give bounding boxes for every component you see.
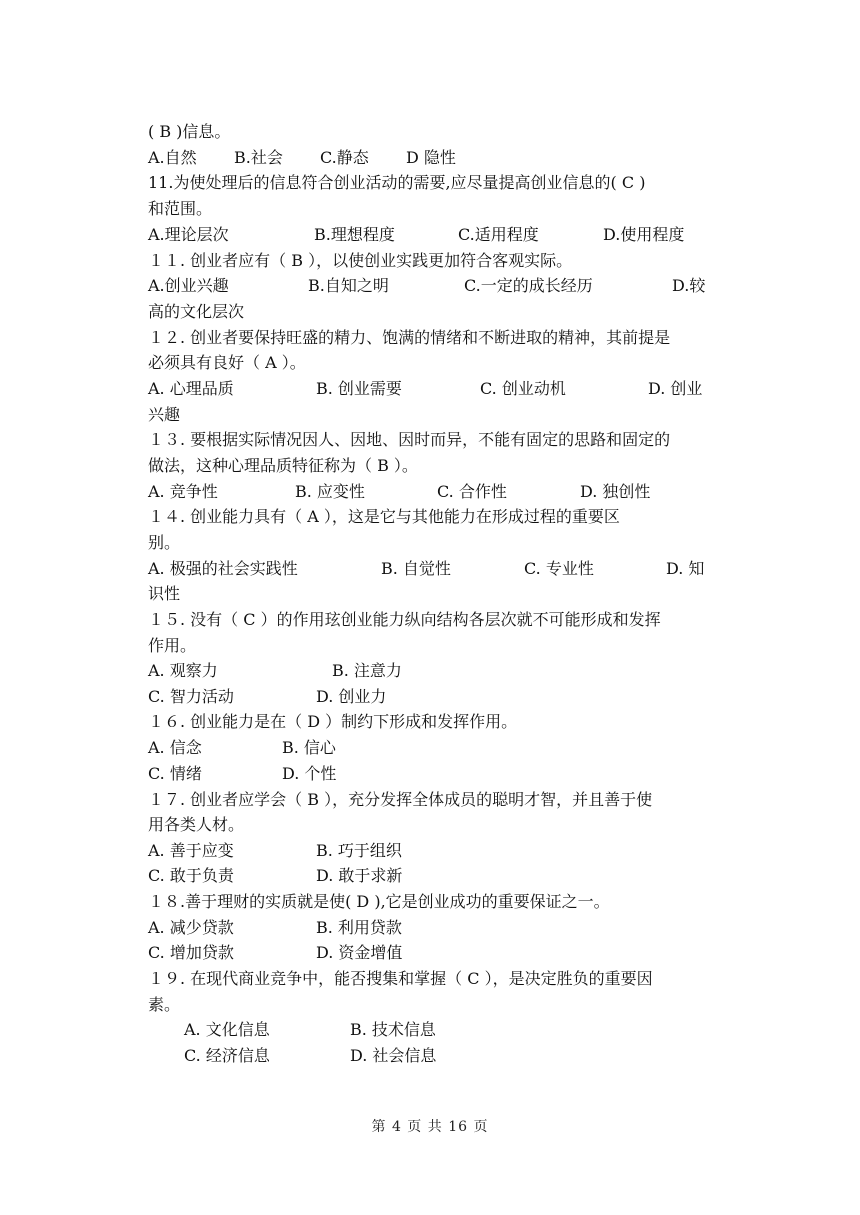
answer-option: A. 观察力: [148, 661, 218, 681]
answer-option: A. 竞争性: [148, 482, 218, 502]
answer-option: D.使用程度: [603, 225, 684, 245]
answer-option: A. 善于应变: [148, 841, 234, 861]
answer-option: A. 减少贷款: [148, 918, 234, 938]
answer-option: B.理想程度: [314, 225, 395, 245]
answer-option: B. 应变性: [295, 482, 365, 502]
text-line: １３. 要根据实际情况因人、因地、因时而异，不能有固定的思路和固定的: [148, 430, 670, 450]
answer-option: A. 信念: [148, 738, 202, 758]
text-line: 高的文化层次: [148, 302, 244, 322]
answer-option: B. 巧于组织: [316, 841, 402, 861]
text-line: 和范围。: [148, 199, 212, 219]
answer-option: D. 创业: [648, 379, 702, 399]
answer-option: C.一定的成长经历: [464, 276, 593, 296]
answer-option: D 隐性: [406, 148, 456, 168]
text-line: 识性: [148, 584, 180, 604]
answer-option: C. 增加贷款: [148, 943, 234, 963]
answer-option: B. 自觉性: [381, 559, 451, 579]
text-line: 用各类人材。: [148, 815, 244, 835]
text-line: １２. 创业者要保持旺盛的精力、饱满的情绪和不断进取的精神，其前提是: [148, 328, 670, 348]
answer-option: D. 创业力: [316, 687, 386, 707]
answer-option: B. 技术信息: [350, 1020, 436, 1040]
answer-option: B. 利用贷款: [316, 918, 402, 938]
answer-option: D.较: [672, 276, 705, 296]
page-footer: 第 4 页 共 16 页: [0, 1116, 860, 1136]
text-line: １４. 创业能力具有（ A ），这是它与其他能力在形成过程的重要区: [148, 507, 620, 527]
answer-option: D. 敢于求新: [316, 866, 402, 886]
answer-option: C. 专业性: [524, 559, 594, 579]
text-line: １７. 创业者应学会（ B ），充分发挥全体成员的聪明才智，并且善于使: [148, 790, 652, 810]
text-line: １９. 在现代商业竞争中，能否搜集和掌握（ C ），是决定胜负的重要因: [148, 969, 653, 989]
answer-option: B. 创业需要: [316, 379, 402, 399]
text-line: 别。: [148, 533, 180, 553]
answer-option: C. 合作性: [437, 482, 507, 502]
answer-option: B.社会: [234, 148, 283, 168]
answer-option: A. 文化信息: [184, 1020, 270, 1040]
answer-option: C. 经济信息: [184, 1046, 270, 1066]
answer-option: D. 个性: [282, 764, 336, 784]
text-line: 必须具有良好（ A ）。: [148, 353, 306, 373]
answer-option: B.自知之明: [308, 276, 389, 296]
answer-option: A. 极强的社会实践性: [148, 559, 298, 579]
answer-option: C.适用程度: [458, 225, 539, 245]
answer-option: C. 智力活动: [148, 687, 234, 707]
answer-option: B. 注意力: [332, 661, 402, 681]
answer-option: D. 社会信息: [350, 1046, 436, 1066]
answer-option: C. 情绪: [148, 764, 202, 784]
answer-option: C. 敢于负责: [148, 866, 234, 886]
answer-option: D. 独创性: [580, 482, 650, 502]
document-page: ( B )信息。A.自然B.社会C.静态D 隐性11.为使处理后的信息符合创业活…: [0, 0, 860, 1215]
text-line: 作用。: [148, 636, 196, 656]
text-line: ( B )信息。: [148, 122, 230, 142]
answer-option: A.自然: [148, 148, 197, 168]
answer-option: A. 心理品质: [148, 379, 234, 399]
answer-option: D. 知: [666, 559, 704, 579]
text-line: 兴趣: [148, 405, 180, 425]
text-line: 素。: [148, 995, 180, 1015]
text-line: 11.为使处理后的信息符合创业活动的需要,应尽量提高创业信息的( C ): [148, 173, 645, 193]
answer-option: D. 资金增值: [316, 943, 402, 963]
text-line: 做法，这种心理品质特征称为（ B ）。: [148, 456, 418, 476]
answer-option: C. 创业动机: [480, 379, 566, 399]
text-line: １８.善于理财的实质就是使( D ),它是创业成功的重要保证之一。: [148, 892, 610, 912]
text-line: １５. 没有（ C ）的作用玹创业能力纵向结构各层次就不可能形成和发挥: [148, 610, 661, 630]
answer-option: C.静态: [320, 148, 369, 168]
answer-option: B. 信心: [282, 738, 336, 758]
answer-option: A.创业兴趣: [148, 276, 229, 296]
answer-option: A.理论层次: [148, 225, 229, 245]
text-line: １１. 创业者应有（ B ），以使创业实践更加符合客观实际。: [148, 251, 572, 271]
text-line: １６. 创业能力是在（ D ）制约下形成和发挥作用。: [148, 712, 517, 732]
